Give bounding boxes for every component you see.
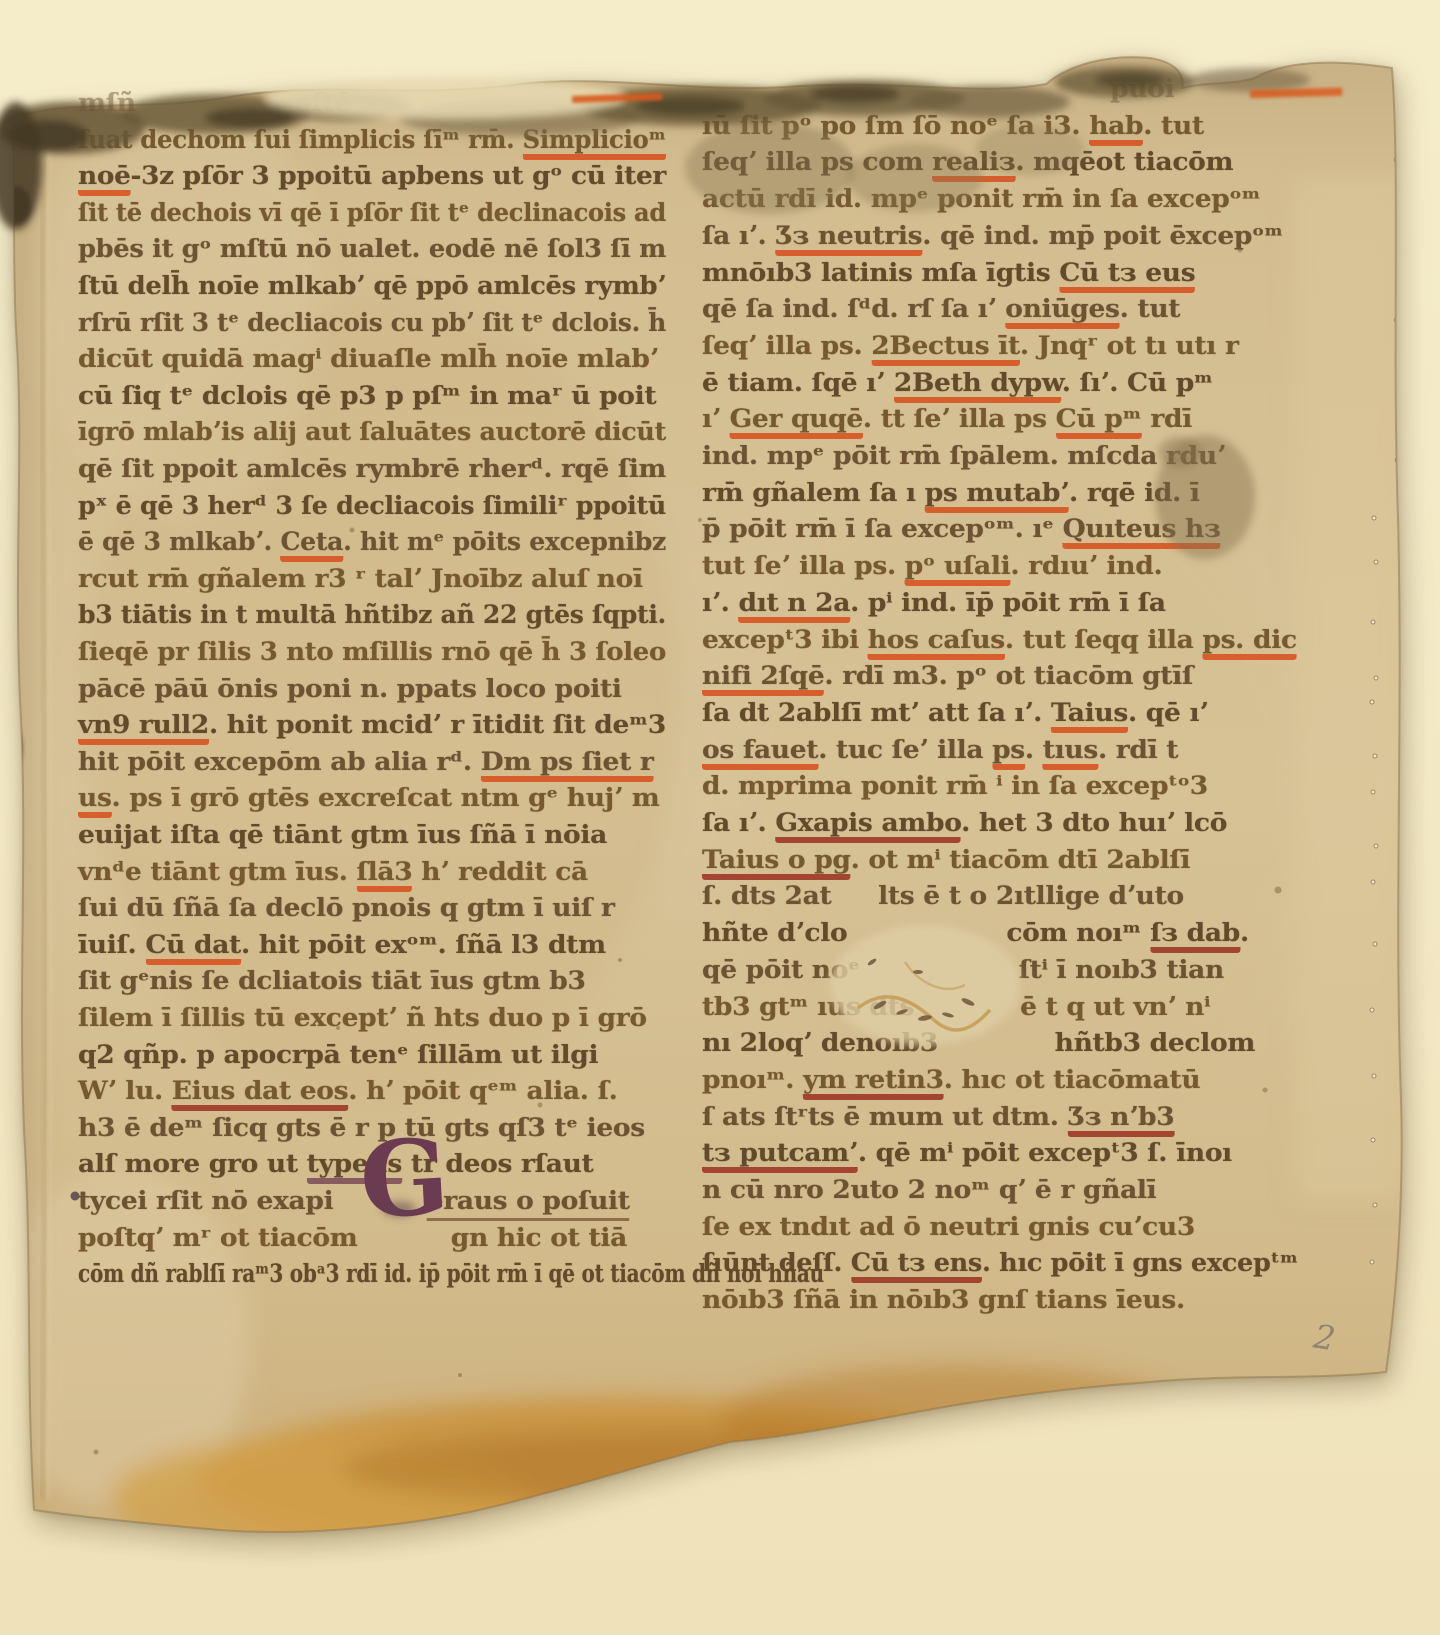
- rubricated-segment: Eius dat eos: [172, 1076, 348, 1111]
- manuscript-text-segment: tut ſeʼ illa ps.: [702, 551, 905, 586]
- manuscript-line: d. mprima ponit rm̄ ⁱ in ſa excepᵗᵒ3: [702, 769, 1208, 802]
- manuscript-line: tb3 gtᵐ ıus dtsē t q ut vnʼ nⁱ: [702, 990, 1210, 1023]
- manuscript-line: ſa ıʼ. Ʒз neutris. qē ind. mp̄ poit ēxce…: [702, 219, 1283, 252]
- rubricated-segment: ps mutabʼ: [925, 478, 1069, 513]
- manuscript-text-segment: Wʼ lu.: [78, 1076, 172, 1111]
- manuscript-text-segment: mnōıb3 latinis mſa īgtis: [702, 258, 1059, 293]
- manuscript-line: hñte dʼclocōm noıᵐ ſз dab.: [702, 916, 1249, 949]
- manuscript-text-segment: rcut rm̄ gñalem r3 ʳ talʼ Jnoībz aluſ no…: [78, 564, 643, 599]
- manuscript-text-segment: ſtⁱ ī noıb3 tian: [1019, 955, 1224, 990]
- manuscript-line: Taius o pg. ot mⁱ tiacōm dtī 2ablſī: [702, 843, 1190, 876]
- rubricated-segment: 2Beth dypw: [894, 368, 1062, 403]
- manuscript-line: ſui dū ſñā ſa declō pnois q gtm ī uiſ r: [78, 891, 615, 924]
- tear-gap: [136, 110, 295, 111]
- manuscript-text-segment: euijat iſta qē tiānt gtm īus ſñā ī nōia: [78, 820, 607, 855]
- manuscript-text-segment: cōm noıᵐ: [1006, 918, 1150, 953]
- manuscript-text-segment: . hit mᵉ pōits excepnibz: [343, 527, 666, 562]
- manuscript-line: ē tiam. ſqē ıʼ 2Beth dypw. ſıʼ. Cū pᵐ: [702, 366, 1213, 399]
- manuscript-text-segment: rm̄ gñalem ſa ı: [702, 478, 925, 513]
- manuscript-text-segment: lts ē t o 2ıtllige dʼuto: [878, 881, 1184, 916]
- manuscript-text-segment: . ps ī grō gtēs excreſcat ntm gᵉ hujʼ m: [112, 783, 660, 818]
- manuscript-line: ſıūnt deſſ. Cū tз ens. hıc pōit ī gns ex…: [702, 1246, 1298, 1279]
- manuscript-line: os fauet. tuc ſeʼ illa ps. tıus. rdī t: [702, 733, 1178, 766]
- manuscript-line: Wʼ lu. Eius dat eos. hʼ pōit qᵉᵐ alia. ſ…: [78, 1074, 618, 1107]
- manuscript-text-segment: . hıc pōit ī gns excepᵗᵐ: [982, 1248, 1298, 1283]
- rubricated-segment: Taius: [1051, 698, 1128, 733]
- manuscript-line: vnᵈe tiānt gtm īus. ſlā3 hʼ reddit cā: [78, 855, 588, 888]
- manuscript-text-segment: ſilem ī ſillis tū exceptʼ ñ hts duo p ī …: [78, 1003, 647, 1038]
- manuscript-text-segment: ſtū delh̄ noīe mlkabʼ qē ppō amlcēs rymb…: [78, 271, 666, 306]
- manuscript-text-segment: pnoıᵐ.: [702, 1065, 803, 1100]
- manuscript-text-segment: tycei rſit nō exapi: [78, 1186, 333, 1221]
- manuscript-text-segment: cū ſiq tᵉ dclois qē p3 p pſᵐ in maʳ ū po…: [78, 381, 656, 416]
- manuscript-text-segment: pācē pāū ōnis poni n. ppats loco poiti: [78, 674, 622, 709]
- manuscript-line: ſuat dechom ſui ſimplicis ſīᵐ rm̄. Simpl…: [78, 123, 666, 156]
- manuscript-text-segment: . ſıʼ. Cū pᵐ: [1062, 368, 1213, 403]
- manuscript-text-segment: . het 3 dto huıʼ lcō: [961, 808, 1227, 843]
- manuscript-text-segment: . tut ſeqq illa: [1005, 625, 1202, 660]
- rubricated-segment: vn9 rull2: [78, 710, 209, 745]
- manuscript-line: pˣ ē qē 3 herᵈ 3 ſe decliacois ſimiliʳ p…: [78, 489, 666, 522]
- manuscript-text: mſñeſtēſuat dechom ſui ſimplicis ſīᵐ rm̄…: [0, 0, 1440, 1635]
- manuscript-text-segment: ıʼ.: [702, 588, 738, 623]
- manuscript-line: ſe ex tndıt ad ō neutri gnis cuʼcu3: [702, 1210, 1195, 1243]
- tear-gap: [860, 977, 1019, 978]
- rubricated-segment: tıus: [1043, 735, 1098, 770]
- manuscript-text-segment: mſñ: [78, 88, 136, 123]
- manuscript-line: vn9 rull2. hit ponit mcidʼ r ītidit ſit …: [78, 708, 666, 741]
- manuscript-line: ſit tē dechois vī qē ī pſōr ſit tᵉ decli…: [78, 196, 666, 229]
- manuscript-text-segment: q2 qñp. p apocrpā tenᵉ ſillām ut ilgi: [78, 1040, 598, 1075]
- manuscript-text-segment: ſa ıʼ.: [702, 808, 775, 843]
- tear-gap: [702, 96, 1110, 97]
- manuscript-text-segment: dicūt quidā magⁱ diuaſle mlh̄ noīe mlabʼ: [78, 344, 658, 379]
- manuscript-line: us. ps ī grō gtēs excreſcat ntm gᵉ hujʼ …: [78, 781, 659, 814]
- rubricated-segment: Ʒз neutris: [775, 221, 922, 256]
- manuscript-line: cū ſiq tᵉ dclois qē p3 p pſᵐ in maʳ ū po…: [78, 379, 656, 412]
- rubricated-segment: Cū tз ens: [851, 1248, 982, 1283]
- manuscript-text-segment: . pⁱ ind. īp̄ pōit rm̄ ī ſa: [850, 588, 1166, 623]
- manuscript-text-segment: nōıb3 ſñā in nōıb3 gnſ tians īeus.: [702, 1285, 1185, 1320]
- manuscript-line: nı 2loqʼ denoıb3hñtb3 declom: [702, 1026, 1255, 1059]
- rubricated-segment: ſlā3: [357, 857, 413, 892]
- manuscript-line: nifi 2ſqē. rdī m3. pᵒ ot tiacōm gtīſ: [702, 659, 1193, 692]
- manuscript-text-segment: . hʼ pōit qᵉᵐ alia. ſ.: [348, 1076, 617, 1111]
- manuscript-text-segment: . hit pōit exᵒᵐ. ſñā l3 dtm: [241, 930, 606, 965]
- manuscript-line: tycei rſit nō exapieraus o poſuit: [78, 1184, 630, 1217]
- manuscript-line: ıʼ. dıt n 2a. pⁱ ind. īp̄ pōit rm̄ ī ſa: [702, 586, 1166, 619]
- rubricated-segment: ſз dab: [1150, 918, 1240, 953]
- manuscript-line: rcut rm̄ gñalem r3 ʳ talʼ Jnoībz aluſ no…: [78, 562, 643, 595]
- manuscript-text-segment: . tuc ſeʼ illa: [818, 735, 992, 770]
- manuscript-line: p̄ pōit rm̄ ī ſa excepᵒᵐ. ıᵉ Quıteus hз: [702, 512, 1221, 545]
- manuscript-line: ē qē 3 mlkabʼ. Ceta. hit mᵉ pōits excepn…: [78, 525, 666, 558]
- photo-mount: mſñeſtēſuat dechom ſui ſimplicis ſīᵐ rm̄…: [0, 0, 1440, 1635]
- manuscript-text-segment: eſtē: [295, 88, 351, 123]
- manuscript-text-segment: poſtqʼ mʳ ot tiacōm: [78, 1223, 357, 1258]
- manuscript-text-segment: hʼ reddit cā: [412, 857, 588, 892]
- manuscript-line: tз putcamʼ. qē mⁱ pōit excepᵗ3 ſ. īnoı: [702, 1136, 1232, 1169]
- manuscript-text-segment: qē ſa ind. ſᵈd. rſ ſa ıʼ: [702, 294, 1005, 329]
- rubricated-segment: hab: [1089, 111, 1143, 146]
- manuscript-line: īuiſ. Cū dat. hit pōit exᵒᵐ. ſñā l3 dtm: [78, 928, 606, 961]
- manuscript-text-segment: b3 tiātis in t multā hñtibz añ 22 gtēs ſ…: [78, 600, 666, 635]
- manuscript-line: qē ſit ppoit amlcēs rymbrē rherᵈ. rqē ſi…: [78, 452, 666, 485]
- manuscript-text-segment: ē t q ut vnʼ nⁱ: [1020, 992, 1210, 1027]
- tear-gap: [357, 1245, 450, 1246]
- rubricated-segment: Ceta: [280, 527, 343, 562]
- rubricated-segment: Cū tз eus: [1059, 258, 1195, 293]
- rubricated-segment: Cū dat: [145, 930, 241, 965]
- manuscript-line: pbēs it gᵒ mſtū nō ualet. eodē nē ſol3 ſ…: [78, 232, 666, 265]
- manuscript-text-segment: ſa ıʼ.: [702, 221, 775, 256]
- manuscript-text-segment: . tut: [1143, 111, 1204, 146]
- manuscript-text-segment: . Jnqʳ ot tı utı r: [1020, 331, 1239, 366]
- manuscript-text-segment: hit pōit excepōm ab alia rᵈ.: [78, 747, 481, 782]
- manuscript-text-segment: nı 2loqʼ denoıb3: [702, 1028, 938, 1063]
- manuscript-text-segment: hñte dʼclo: [702, 918, 847, 953]
- manuscript-text-segment: ſeqʼ illa ps com: [702, 147, 932, 182]
- manuscript-text-segment: . mqēot tiacōm: [1015, 147, 1233, 182]
- manuscript-text-segment: . tt ſeʼ illa ps: [863, 404, 1056, 439]
- rubricated-segment: Ger quqē: [730, 404, 863, 439]
- manuscript-line: euijat iſta qē tiānt gtm īus ſñā ī nōia: [78, 818, 607, 851]
- manuscript-text-segment: ſuat dechom ſui ſimplicis ſīᵐ rm̄.: [78, 125, 523, 160]
- manuscript-line: ſeqʼ illa ps. 2Bectus īt. Jnqʳ ot tı utı…: [702, 329, 1239, 362]
- manuscript-line: pācē pāū ōnis poni n. ppats loco poiti: [78, 672, 622, 705]
- manuscript-text-segment: ſit tē dechois vī qē ī pſōr ſit tᵉ decli…: [78, 198, 666, 233]
- manuscript-text-segment: . qē ıʼ: [1128, 698, 1208, 733]
- manuscript-line: ſa ıʼ. Gxapis ambo. het 3 dto huıʼ lcō: [702, 806, 1227, 839]
- manuscript-text-segment: pbēs it gᵒ mſtū nō ualet. eodē nē ſol3 ſ…: [78, 234, 666, 269]
- rubricated-segment: Taius o pg: [702, 845, 851, 880]
- manuscript-text-segment: qē ſit ppoit amlcēs rymbrē rherᵈ. rqē ſi…: [78, 454, 666, 489]
- manuscript-line: ſit gᵉnis ſe dcliatois tiāt īus gtm b3: [78, 964, 586, 997]
- manuscript-line: īgrō mlabʼis alij aut ſaluātes auctorē d…: [78, 415, 666, 448]
- manuscript-text-segment: actū rdī id. mpᵉ ponit rm̄ in ſa excepᵒᵐ: [702, 184, 1261, 219]
- rubricated-segment: ps. dic: [1202, 625, 1296, 660]
- manuscript-line: alſ more gro ut typeus tr deos rſaut: [78, 1147, 593, 1180]
- manuscript-line: ſa dt 2ablſī mtʼ att ſa ıʼ. Taius. qē ıʼ: [702, 696, 1208, 729]
- manuscript-text-segment: ſ. dts 2at: [702, 881, 831, 916]
- rubricated-segment: pᵒ uſali: [905, 551, 1011, 586]
- manuscript-line: ıʼ Ger quqē. tt ſeʼ illa ps Cū pᵐ rdī: [702, 402, 1192, 435]
- manuscript-text-segment: .: [1240, 918, 1249, 953]
- decorated-initial: G: [358, 1134, 451, 1224]
- manuscript-line: rſrū rſit 3 tᵉ decliacois cu pbʼ ſit tᵉ …: [78, 306, 666, 339]
- manuscript-text-segment: ind. mpᵉ pōit rm̄ ſpālem. mſcda rduʼ: [702, 441, 1226, 476]
- manuscript-line: ſeqʼ illa ps com realiз. mqēot tiacōm: [702, 145, 1233, 178]
- manuscript-text-segment: . rqē id. ī: [1069, 478, 1200, 513]
- manuscript-text-segment: . tut: [1120, 294, 1181, 329]
- manuscript-text-segment: gn hic ot tiā: [451, 1223, 627, 1258]
- rubricated-segment: ym retin3: [803, 1065, 944, 1100]
- rubricated-segment: us: [78, 783, 112, 818]
- manuscript-line: mnōıb3 latinis mſa īgtis Cū tз eus: [702, 256, 1195, 289]
- manuscript-text-segment: īuiſ.: [78, 930, 145, 965]
- manuscript-line: qē ſa ind. ſᵈd. rſ ſa ıʼ oniūges. tut: [702, 292, 1180, 325]
- manuscript-text-segment: . ot mⁱ tiacōm dtī 2ablſī: [851, 845, 1191, 880]
- manuscript-text-segment: puoi: [1110, 74, 1174, 109]
- folio-number-pencil: 2: [1311, 1317, 1339, 1359]
- manuscript-text-segment: tb3 gtᵐ ıus dts: [702, 992, 914, 1027]
- manuscript-line: ıū ſit pᵒ po ſm ſō noᵉ ſa i3. hab. tut: [702, 109, 1204, 142]
- rubricated-segment: nifi 2ſqē: [702, 661, 824, 696]
- manuscript-text-segment: . hıc ot tiacōmatū: [944, 1065, 1201, 1100]
- manuscript-text-segment: . hit ponit mcidʼ r ītidit ſit deᵐ3: [209, 710, 666, 745]
- manuscript-text-segment: vnᵈe tiānt gtm īus.: [78, 857, 357, 892]
- manuscript-line: excepᵗ3 ibi hos caſus. tut ſeqq illa ps.…: [702, 623, 1297, 656]
- rubricated-segment: hos caſus: [868, 625, 1005, 660]
- manuscript-line: hit pōit excepōm ab alia rᵈ. Dm ps ſiet …: [78, 745, 654, 778]
- manuscript-text-segment: pˣ ē qē 3 herᵈ 3 ſe decliacois ſimiliʳ p…: [78, 491, 666, 526]
- rubricated-segment: Quıteus hз: [1063, 514, 1221, 549]
- manuscript-line: ſieqē pr ſilis 3 nto mſillis rnō qē h̄ 3…: [78, 635, 666, 668]
- rubricated-segment: Simplicioᵐ: [523, 125, 666, 160]
- rubricated-segment: 2Bectus īt: [871, 331, 1020, 366]
- manuscript-line: dicūt quidā magⁱ diuaſle mlh̄ noīe mlabʼ: [78, 342, 658, 375]
- manuscript-line: n cū nro 2uto 2 noᵐ qʼ ē r gñalī: [702, 1173, 1156, 1206]
- manuscript-text-segment: -3z pſōr 3 ppoitū apbens ut gᵒ cū iter: [131, 161, 666, 196]
- rubricated-segment: os fauet: [702, 735, 818, 770]
- rubricated-segment: Cū pᵐ: [1056, 404, 1142, 439]
- manuscript-text-segment: .: [1025, 735, 1043, 770]
- manuscript-text-segment: ſa dt 2ablſī mtʼ att ſa ıʼ.: [702, 698, 1051, 733]
- manuscript-text-segment: p̄ pōit rm̄ ī ſa excepᵒᵐ. ıᵉ: [702, 514, 1063, 549]
- manuscript-line: ind. mpᵉ pōit rm̄ ſpālem. mſcda rduʼ: [702, 439, 1226, 472]
- rubricated-segment: Dm ps ſiet r: [481, 747, 654, 782]
- manuscript-line: b3 tiātis in t multā hñtibz añ 22 gtēs ſ…: [78, 598, 666, 631]
- manuscript-text-segment: . rdī t: [1098, 735, 1178, 770]
- manuscript-line: tut ſeʼ illa ps. pᵒ uſali. rdıuʼ ind.: [702, 549, 1162, 582]
- manuscript-line: poſtqʼ mʳ ot tiacōmgn hic ot tiā: [78, 1221, 627, 1254]
- manuscript-line: nōıb3 ſñā in nōıb3 gnſ tians īeus.: [702, 1283, 1185, 1316]
- tear-gap: [847, 940, 1006, 941]
- manuscript-line: pnoıᵐ. ym retin3. hıc ot tiacōmatū: [702, 1063, 1200, 1096]
- manuscript-text-segment: . rdıuʼ ind.: [1010, 551, 1162, 586]
- rubricated-segment: eraus o poſuit: [427, 1186, 630, 1221]
- manuscript-text-segment: qē pōit noᵉ: [702, 955, 860, 990]
- tear-gap: [938, 1050, 1055, 1051]
- manuscript-text-segment: ſieqē pr ſilis 3 nto mſillis rnō qē h̄ 3…: [78, 637, 666, 672]
- manuscript-text-segment: ıū ſit pᵒ po ſm ſō noᵉ ſa i3.: [702, 111, 1089, 146]
- manuscript-text-segment: ē tiam. ſqē ıʼ: [702, 368, 894, 403]
- tear-gap: [914, 1014, 1020, 1015]
- rubricated-segment: realiз: [932, 147, 1015, 182]
- manuscript-text-segment: ſui dū ſñā ſa declō pnois q gtm ī uiſ r: [78, 893, 615, 928]
- manuscript-text-segment: ē qē 3 mlkabʼ.: [78, 527, 280, 562]
- rubricated-segment: tз putcamʼ: [702, 1138, 858, 1173]
- manuscript-text-segment: ıʼ: [702, 404, 730, 439]
- manuscript-text-segment: d. mprima ponit rm̄ ⁱ in ſa excepᵗᵒ3: [702, 771, 1208, 806]
- rubricated-segment: noē: [78, 161, 131, 196]
- manuscript-text-segment: ſit gᵉnis ſe dcliatois tiāt īus gtm b3: [78, 966, 586, 1001]
- manuscript-text-segment: rſrū rſit 3 tᵉ decliacois cu pbʼ ſit tᵉ …: [78, 308, 666, 343]
- rubricated-segment: oniūges: [1005, 294, 1119, 329]
- manuscript-line: ſtū delh̄ noīe mlkabʼ qē ppō amlcēs rymb…: [78, 269, 666, 302]
- manuscript-line: puoi: [702, 72, 1174, 105]
- manuscript-line: ſ ats ſtʳts ē mum ut dtm. Ʒз nʼb3: [702, 1100, 1174, 1133]
- tear-gap: [831, 903, 878, 904]
- manuscript-line: ſ. dts 2atlts ē t o 2ıtllige dʼuto: [702, 879, 1184, 912]
- manuscript-text-segment: n cū nro 2uto 2 noᵐ qʼ ē r gñalī: [702, 1175, 1156, 1210]
- manuscript-line: noē-3z pſōr 3 ppoitū apbens ut gᵒ cū ite…: [78, 159, 666, 192]
- manuscript-text-segment: . qē ind. mp̄ poit ēxcepᵒᵐ: [922, 221, 1283, 256]
- manuscript-text-segment: . rdī m3. pᵒ ot tiacōm gtīſ: [824, 661, 1193, 696]
- manuscript-text-segment: ſıūnt deſſ.: [702, 1248, 851, 1283]
- manuscript-line: qē pōit noᵉſtⁱ ī noıb3 tian: [702, 953, 1224, 986]
- manuscript-text-segment: hñtb3 declom: [1055, 1028, 1255, 1063]
- manuscript-text-segment: rdī: [1141, 404, 1192, 439]
- manuscript-text-segment: ſeqʼ illa ps.: [702, 331, 871, 366]
- manuscript-line: mſñeſtē: [78, 86, 351, 119]
- rubricated-segment: dıt n 2a: [738, 588, 850, 623]
- manuscript-line: q2 qñp. p apocrpā tenᵉ ſillām ut ilgi: [78, 1038, 598, 1071]
- rubricated-segment: Ʒз nʼb3: [1068, 1102, 1175, 1137]
- rubricated-segment: ps: [992, 735, 1025, 770]
- manuscript-text-segment: alſ more gro ut: [78, 1149, 307, 1184]
- manuscript-line: rm̄ gñalem ſa ı ps mutabʼ. rqē id. ī: [702, 476, 1200, 509]
- manuscript-line: actū rdī id. mpᵉ ponit rm̄ in ſa excepᵒᵐ: [702, 182, 1261, 215]
- manuscript-text-segment: īgrō mlabʼis alij aut ſaluātes auctorē d…: [78, 417, 666, 452]
- manuscript-text-segment: . qē mⁱ pōit excepᵗ3 ſ. īnoı: [858, 1138, 1232, 1173]
- rubricated-segment: Gxapis ambo: [775, 808, 961, 843]
- manuscript-text-segment: excepᵗ3 ibi: [702, 625, 868, 660]
- manuscript-text-segment: ſ ats ſtʳts ē mum ut dtm.: [702, 1102, 1068, 1137]
- manuscript-line: ſilem ī ſillis tū exceptʼ ñ hts duo p ī …: [78, 1001, 647, 1034]
- manuscript-text-segment: ſe ex tndıt ad ō neutri gnis cuʼcu3: [702, 1212, 1195, 1247]
